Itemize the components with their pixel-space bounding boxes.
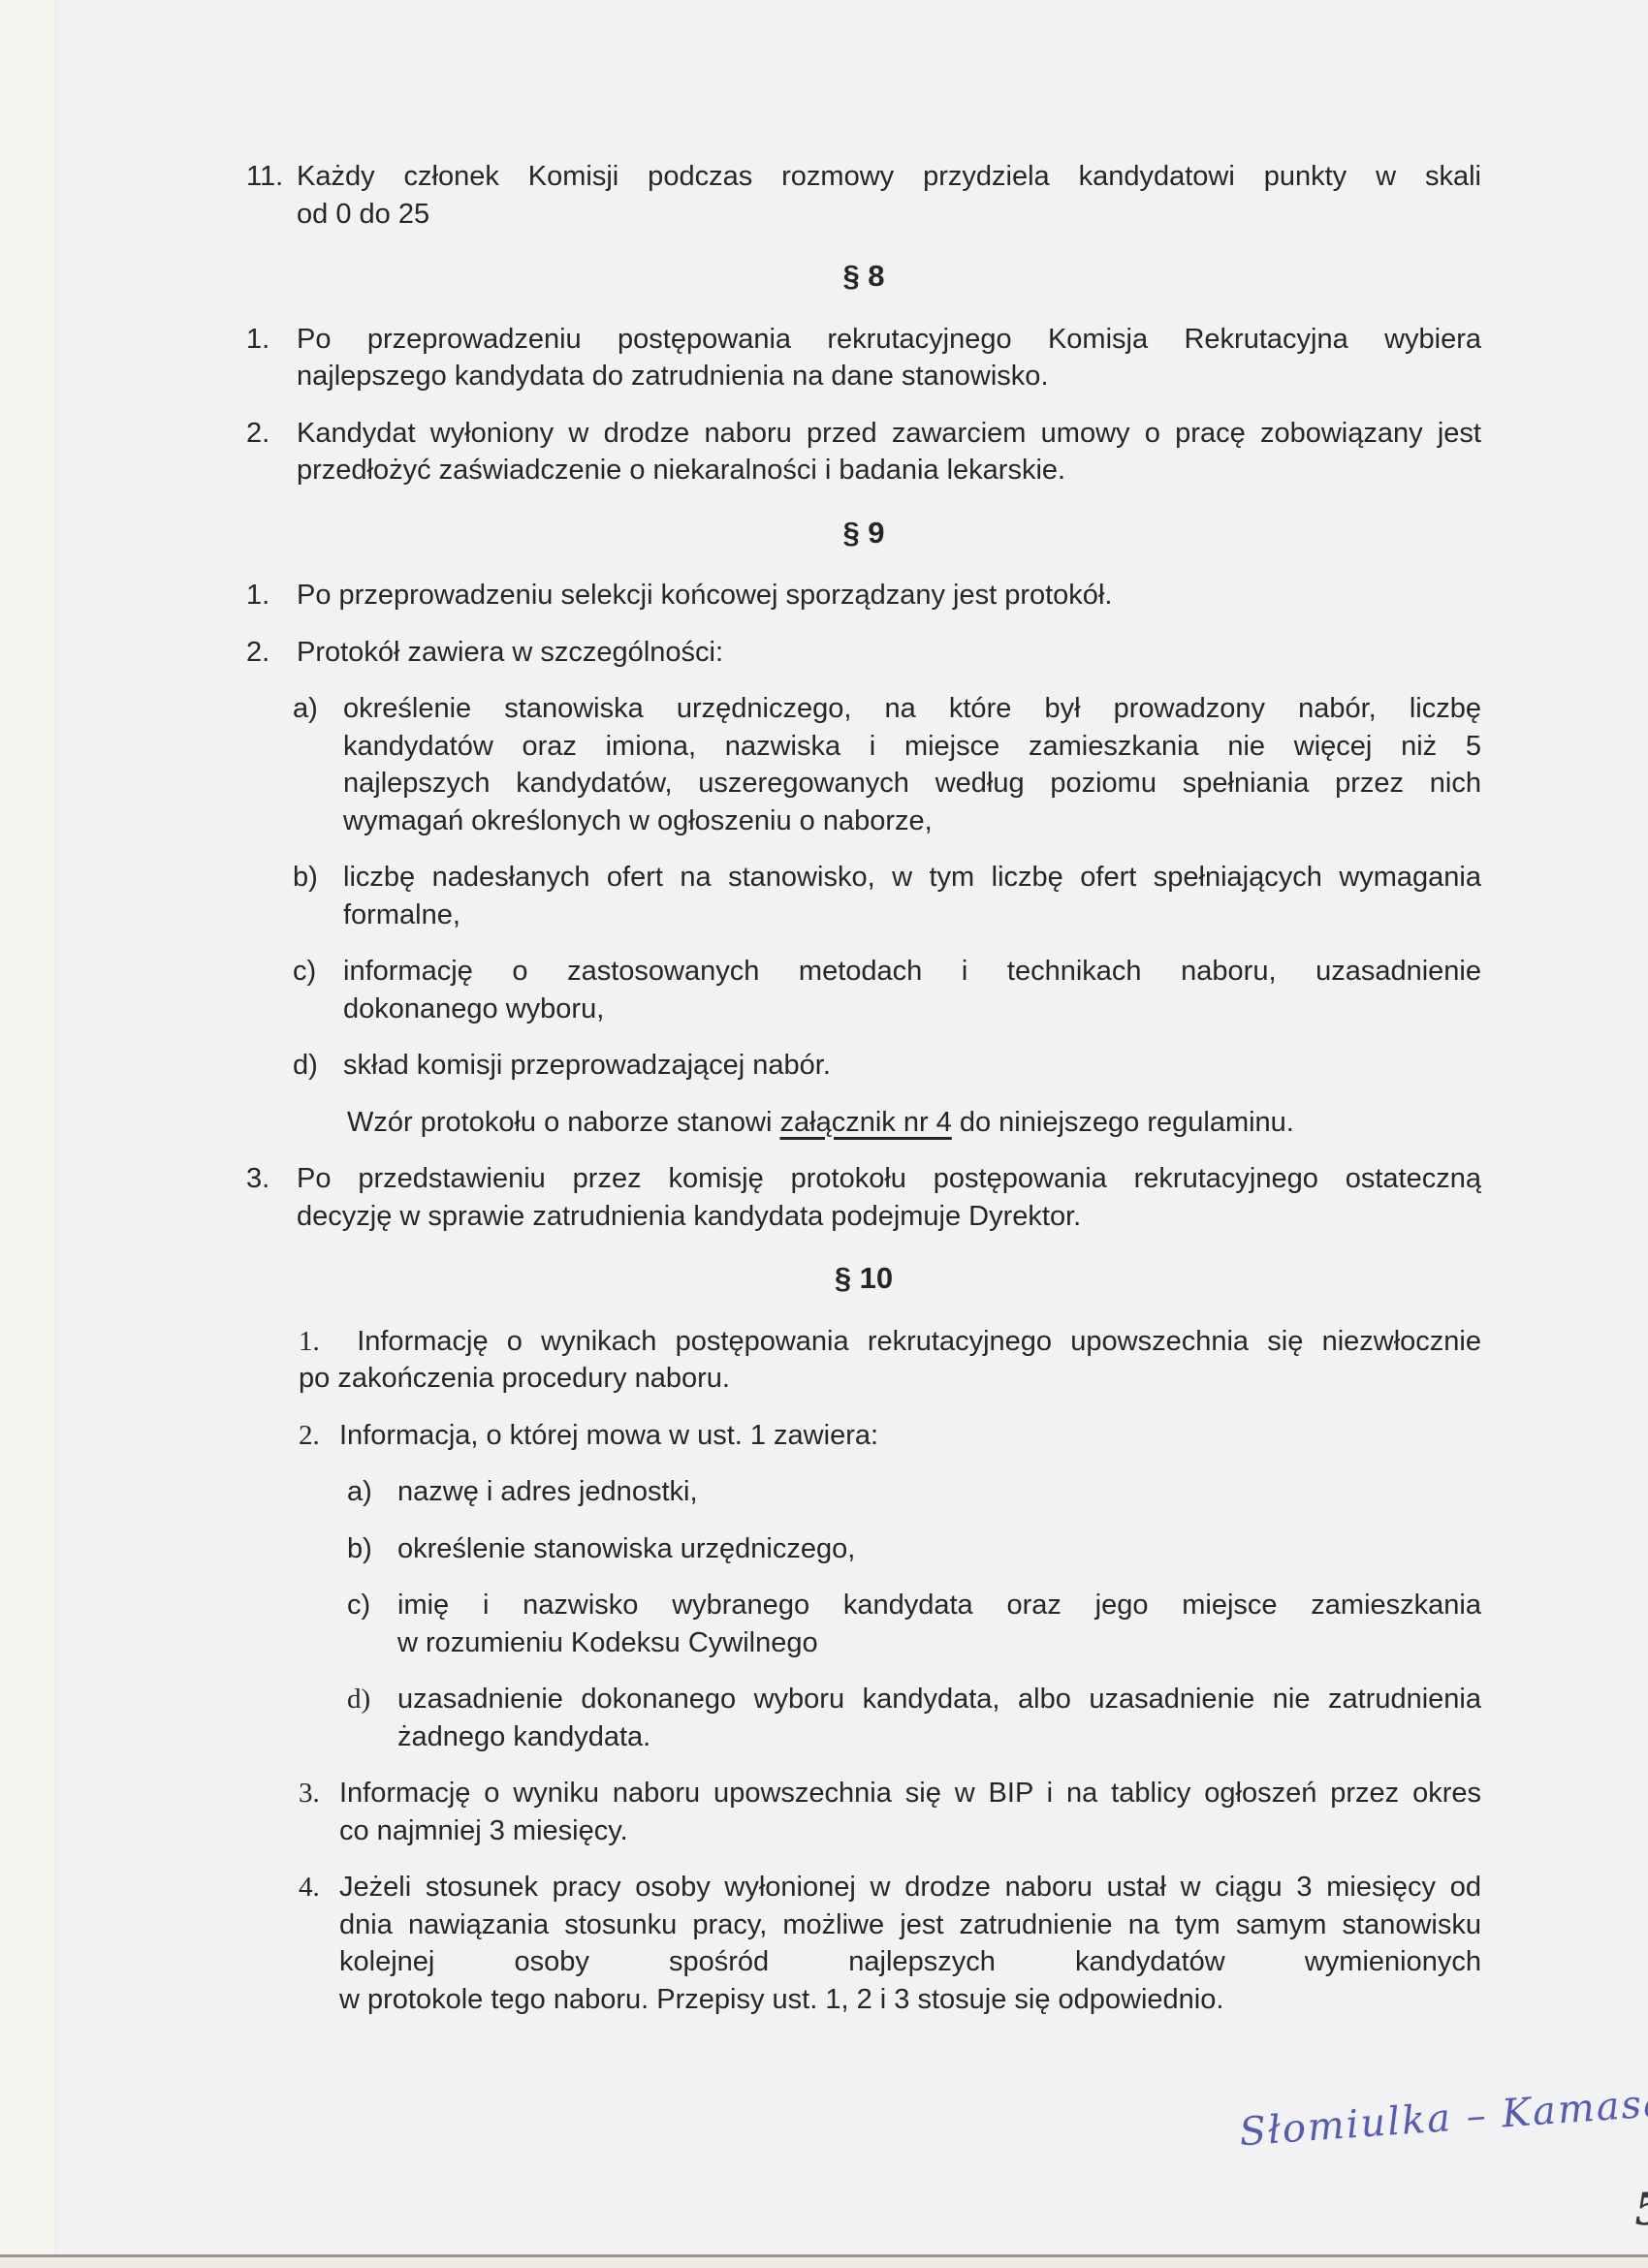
text-line: wymagań określonych w ogłoszeniu o nabor…: [343, 803, 1481, 840]
text-line: po zakończenia procedury naboru.: [299, 1360, 1481, 1398]
section-heading: § 10: [246, 1260, 1481, 1298]
text-line: żadnego kandydata.: [397, 1718, 1481, 1756]
list-item: a)określenie stanowiska urzędniczego, na…: [293, 690, 1481, 839]
text-line: Protokół zawiera w szczególności:: [297, 634, 1481, 672]
list-item: d)skład komisji przeprowadzającej nabór.: [293, 1047, 1481, 1085]
list-marker: b): [347, 1530, 372, 1568]
text-line: najlepszych kandydatów, uszeregowanych w…: [343, 765, 1481, 803]
list-marker: 2.: [246, 634, 269, 672]
list-item: 1. Informację o wynikach postępowania re…: [299, 1323, 1481, 1398]
attachment-paragraph: Wzór protokołu o naborze stanowi załączn…: [347, 1104, 1481, 1142]
list-marker: 2.: [299, 1417, 320, 1455]
text-line: określenie stanowiska urzędniczego,: [397, 1530, 1481, 1568]
document-body: 11.Każdy członek Komisji podczas rozmowy…: [246, 158, 1481, 2018]
text-line: od 0 do 25: [297, 196, 1481, 234]
list-marker: 1.: [246, 577, 269, 614]
list-item: 3.Informację o wyniku naboru upowszechni…: [299, 1775, 1481, 1849]
text-line: przedłożyć zaświadczenie o niekaralności…: [297, 452, 1481, 489]
list-marker: 3.: [299, 1775, 320, 1812]
list-marker: b): [293, 859, 318, 897]
text-run: Wzór protokołu o naborze stanowi: [347, 1107, 780, 1138]
list-item: a)nazwę i adres jednostki,: [347, 1473, 1481, 1511]
list-marker: d): [347, 1681, 370, 1718]
list-item: 4.Jeżeli stosunek pracy osoby wyłonionej…: [299, 1869, 1481, 2018]
text-line: imię i nazwisko wybranego kandydata oraz…: [397, 1587, 1481, 1624]
attachment-ref: załącznik nr 4: [780, 1107, 952, 1138]
text-line: Po przedstawieniu przez komisję protokoł…: [297, 1160, 1481, 1198]
scanner-bed-strip: [0, 2257, 1648, 2268]
text-line: co najmniej 3 miesięcy.: [339, 1812, 1481, 1850]
text-line: 1. Informację o wynikach postępowania re…: [299, 1323, 1481, 1361]
list-marker: c): [347, 1587, 370, 1624]
text-line: w protokole tego naboru. Przepisy ust. 1…: [339, 1981, 1481, 2019]
list-item: b)określenie stanowiska urzędniczego,: [347, 1530, 1481, 1568]
list-item: 3.Po przedstawieniu przez komisję protok…: [246, 1160, 1481, 1235]
text-line: Po przeprowadzeniu postępowania rekrutac…: [297, 321, 1481, 359]
text-line: dokonanego wyboru,: [343, 991, 1481, 1028]
list-marker: a): [347, 1473, 372, 1511]
list-item: c)imię i nazwisko wybranego kandydata or…: [347, 1587, 1481, 1661]
scanned-page: 11.Każdy członek Komisji podczas rozmowy…: [55, 0, 1648, 2268]
scanned-document: { "document": { "blocks": [ {"type":"ite…: [0, 0, 1648, 2268]
text-line: uzasadnienie dokonanego wyboru kandydata…: [397, 1681, 1481, 1718]
list-item: 1.Po przeprowadzeniu selekcji końcowej s…: [246, 577, 1481, 614]
text-line: Każdy członek Komisji podczas rozmowy pr…: [297, 158, 1481, 196]
text-line: nazwę i adres jednostki,: [397, 1473, 1481, 1511]
list-item: c)informację o zastosowanych metodach i …: [293, 953, 1481, 1027]
text-line: decyzję w sprawie zatrudnienia kandydata…: [297, 1198, 1481, 1236]
text-run: do niniejszego regulaminu.: [952, 1107, 1294, 1138]
text-line: dnia nawiązania stosunku pracy, możliwe …: [339, 1906, 1481, 1944]
list-marker: 11.: [246, 158, 283, 196]
list-marker: 4.: [299, 1869, 320, 1906]
text-line: kandydatów oraz imiona, nazwiska i miejs…: [343, 728, 1481, 766]
text-line: w rozumieniu Kodeksu Cywilnego: [397, 1624, 1481, 1662]
handwritten-signature: Słomiulka – Kamasa: [1238, 2077, 1648, 2156]
text-line: kolejnej osoby spośród najlepszych kandy…: [339, 1943, 1481, 1981]
text-line: Jeżeli stosunek pracy osoby wyłonionej w…: [339, 1869, 1481, 1906]
list-item: 2.Protokół zawiera w szczególności:: [246, 634, 1481, 672]
page-number: 5: [1633, 2182, 1648, 2235]
text-line: Kandydat wyłoniony w drodze naboru przed…: [297, 415, 1481, 453]
list-item: 2.Kandydat wyłoniony w drodze naboru prz…: [246, 415, 1481, 489]
text-line: Informację o wyniku naboru upowszechnia …: [339, 1775, 1481, 1812]
list-marker: a): [293, 690, 318, 728]
text-line: określenie stanowiska urzędniczego, na k…: [343, 690, 1481, 728]
list-item: d)uzasadnienie dokonanego wyboru kandyda…: [347, 1681, 1481, 1755]
text-line: liczbę nadesłanych ofert na stanowisko, …: [343, 859, 1481, 897]
list-item: 1.Po przeprowadzeniu postępowania rekrut…: [246, 321, 1481, 395]
list-marker: 1.: [246, 321, 269, 359]
text-line: Po przeprowadzeniu selekcji końcowej spo…: [297, 577, 1481, 614]
list-item: 2.Informacja, o której mowa w ust. 1 zaw…: [299, 1417, 1481, 1455]
list-item: b)liczbę nadesłanych ofert na stanowisko…: [293, 859, 1481, 933]
list-marker: 2.: [246, 415, 269, 453]
text-line: formalne,: [343, 897, 1481, 934]
text-line: informację o zastosowanych metodach i te…: [343, 953, 1481, 991]
section-heading: § 9: [246, 515, 1481, 552]
text-line: skład komisji przeprowadzającej nabór.: [343, 1047, 1481, 1085]
section-heading: § 8: [246, 258, 1481, 296]
text-line: Informacja, o której mowa w ust. 1 zawie…: [339, 1417, 1481, 1455]
list-marker: d): [293, 1047, 318, 1085]
list-item: 11.Każdy członek Komisji podczas rozmowy…: [246, 158, 1481, 233]
list-marker: c): [293, 953, 316, 991]
list-marker: 1.: [299, 1326, 320, 1357]
text-line: najlepszego kandydata do zatrudnienia na…: [297, 358, 1481, 395]
list-marker: 3.: [246, 1160, 269, 1198]
